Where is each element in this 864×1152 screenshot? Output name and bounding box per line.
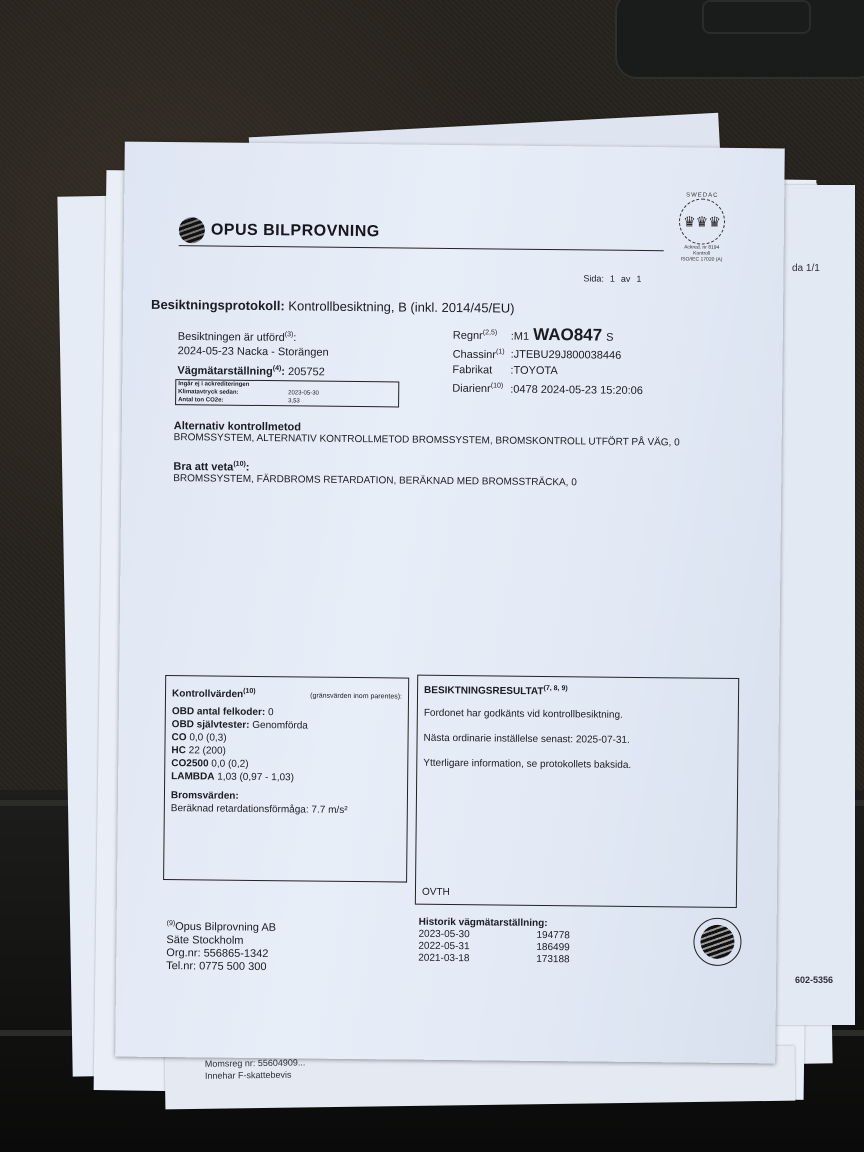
opus-logo: OPUS BILPROVNING bbox=[179, 217, 380, 245]
protocol-title: Besiktningsprotokoll: Kontrollbesiktning… bbox=[151, 297, 515, 316]
header-divider bbox=[179, 245, 664, 251]
registration-row: Regnr(2,5):M1WAO847S bbox=[453, 325, 644, 346]
odometer-history: Historik vägmätarställning: 2023-05-3019… bbox=[418, 917, 570, 967]
inspection-performed: Besiktningen är utförd(3): 2024-05-23 Na… bbox=[178, 327, 329, 359]
inspector-code: OVTH bbox=[422, 887, 450, 898]
background-page-label: da 1/1 bbox=[792, 263, 820, 274]
result-line: Ytterligare information, se protokollets… bbox=[423, 758, 731, 772]
background-vat-line: Momsreg nr: 55604909... bbox=[205, 1057, 306, 1068]
inspection-result-box: BESIKTNINGSRESULTAT(7, 8, 9) Fordonet ha… bbox=[415, 675, 739, 908]
chassis-row: Chassinr(1):JTEBU29J800038446 bbox=[453, 344, 644, 365]
diary-row: Diarienr(10):0478 2024-05-23 15:20:06 bbox=[452, 378, 643, 399]
odometer-reading: Vägmätarställning(4): 205752 bbox=[177, 364, 324, 378]
make-row: Fabrikat:TOYOTA bbox=[452, 362, 643, 380]
background-tax-line: Innehar F-skattebevis bbox=[205, 1070, 292, 1081]
page-indicator: Sida:1av1 bbox=[583, 273, 647, 284]
climate-footprint-box: Ingår ej i ackrediteringen Klimatavtryck… bbox=[175, 379, 399, 407]
vehicle-info: Regnr(2,5):M1WAO847S Chassinr(1):JTEBU29… bbox=[452, 325, 643, 399]
result-line: Nästa ordinarie inställelse senast: 2025… bbox=[424, 733, 732, 747]
climate-compensation-badge bbox=[693, 918, 742, 967]
inspection-protocol-page: OPUS BILPROVNING SWEDAC ♛♛♛ Ackred. nr 8… bbox=[115, 142, 785, 1064]
globe-icon bbox=[700, 925, 734, 959]
registration-number: WAO847 bbox=[533, 327, 602, 344]
alternative-method-section: Alternativ kontrollmetod BROMSSYSTEM, AL… bbox=[174, 420, 680, 448]
background-phone: 602-5356 bbox=[795, 975, 833, 985]
three-crowns-icon: ♛♛♛ bbox=[679, 198, 725, 244]
logo-text: OPUS BILPROVNING bbox=[211, 221, 380, 241]
result-line: Fordonet har godkänts vid kontrollbesikt… bbox=[424, 708, 732, 722]
globe-icon bbox=[179, 217, 205, 243]
inspection-date-location: 2024-05-23 Nacka - Storängen bbox=[178, 344, 329, 360]
company-info: (9)Opus Bilprovning AB Säte Stockholm Or… bbox=[166, 917, 276, 974]
control-values-box: Kontrollvärden(10)(gränsvärden inom pare… bbox=[163, 675, 409, 883]
good-to-know-section: Bra att veta(10): BROMSSYSTEM, FÄRDBROMS… bbox=[173, 460, 577, 488]
history-row: 2021-03-18173188 bbox=[418, 953, 569, 967]
seat-rail-cover bbox=[615, 0, 864, 79]
swedac-accreditation-seal: SWEDAC ♛♛♛ Ackred. nr 8194 Kontroll ISO/… bbox=[674, 192, 731, 263]
